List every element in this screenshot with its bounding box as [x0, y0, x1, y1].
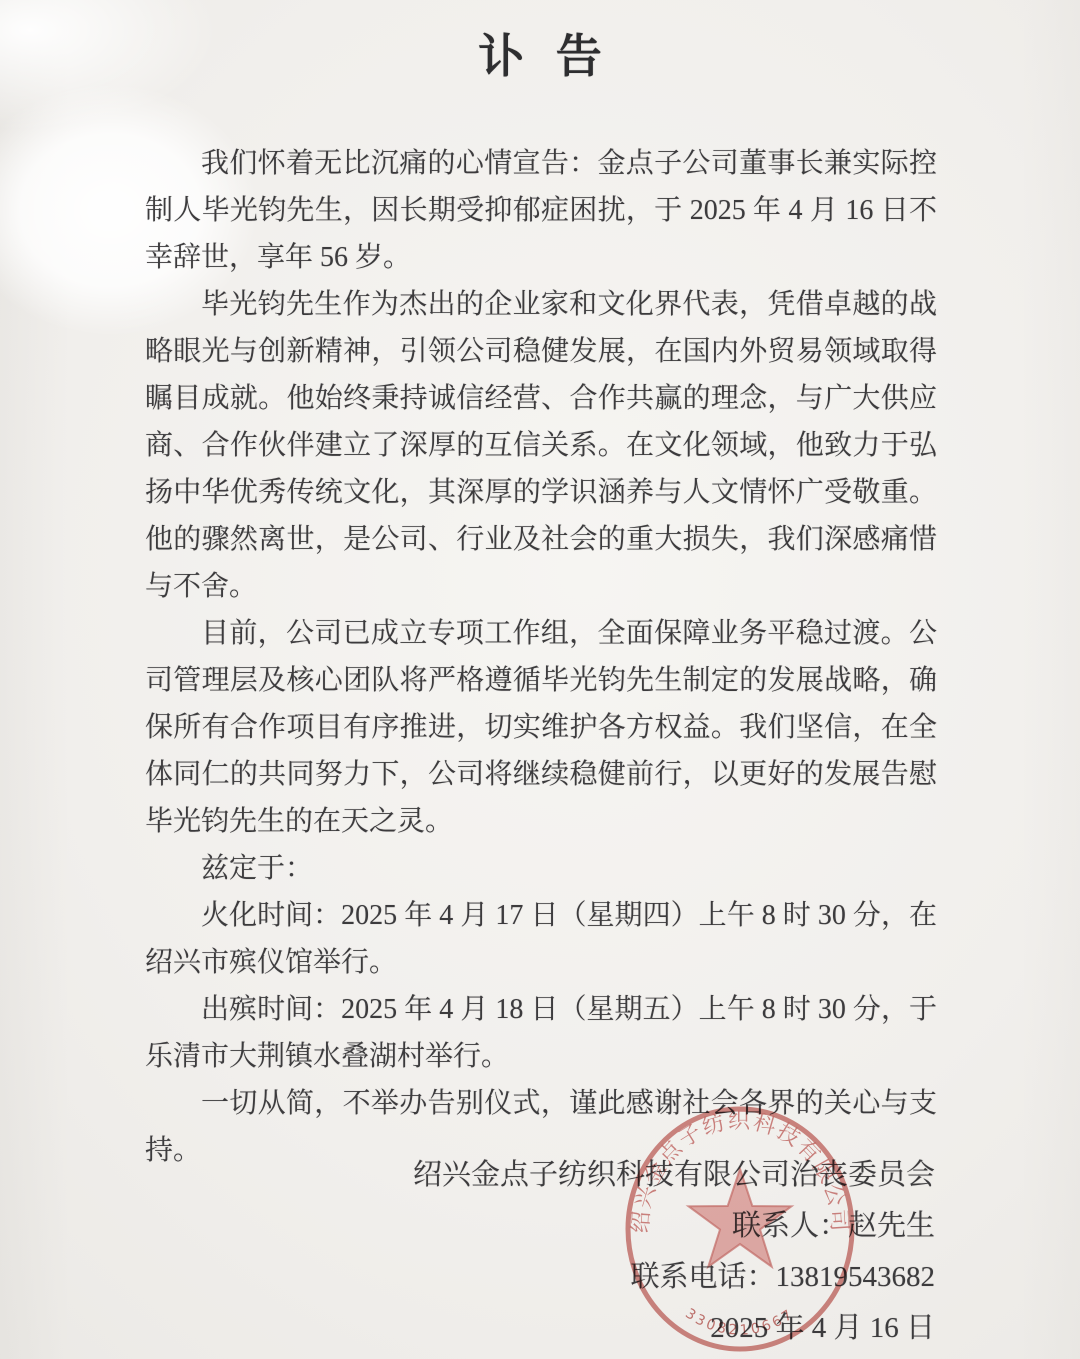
paragraph-announcement: 我们怀着无比沉痛的心情宣告：金点子公司董事长兼实际控制人毕光钧先生，因长期受抑郁… — [145, 140, 937, 281]
svg-text:3308210667: 3308210667 — [682, 1306, 798, 1339]
paragraph-company-transition: 目前，公司已成立专项工作组，全面保障业务平稳过渡。公司管理层及核心团队将严格遵循… — [145, 610, 937, 845]
page-title: 讣 告 — [0, 20, 1080, 86]
company-seal-stamp: 绍兴金点子纺织科技有限公司 3308210667 — [618, 1100, 862, 1358]
document-body: 我们怀着无比沉痛的心情宣告：金点子公司董事长兼实际控制人毕光钧先生，因长期受抑郁… — [145, 140, 937, 1174]
seal-serial-number: 3308210667 — [682, 1306, 798, 1339]
paragraph-funeral-time: 出殡时间：2025 年 4 月 18 日（星期五）上午 8 时 30 分，于乐清… — [145, 986, 937, 1080]
obituary-page: 讣 告 我们怀着无比沉痛的心情宣告：金点子公司董事长兼实际控制人毕光钧先生，因长… — [0, 0, 1080, 1359]
paragraph-cremation-time: 火化时间：2025 年 4 月 17 日（星期四）上午 8 时 30 分，在绍兴… — [145, 892, 937, 986]
paragraph-biography: 毕光钧先生作为杰出的企业家和文化界代表，凭借卓越的战略眼光与创新精神，引领公司稳… — [145, 281, 937, 610]
paragraph-hereby: 兹定于： — [145, 845, 937, 892]
seal-star-icon — [689, 1169, 792, 1267]
